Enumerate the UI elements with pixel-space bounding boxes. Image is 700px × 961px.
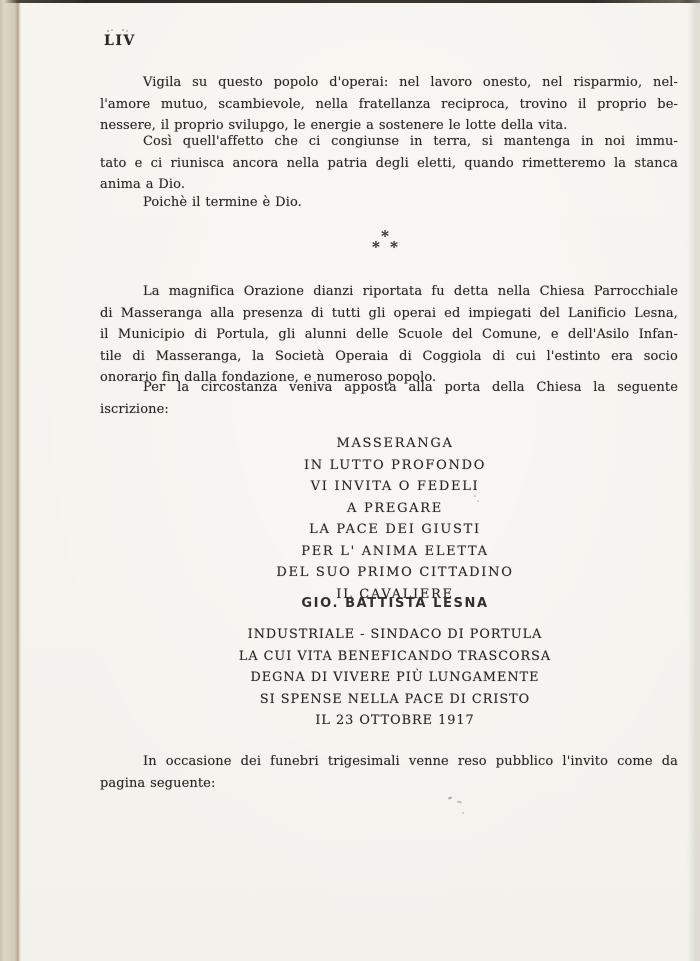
text-line: La magnifica Orazione dianzi riportata f… <box>100 281 678 303</box>
paragraph-circostanza: Per la circostanza veniva apposta alla p… <box>100 377 678 420</box>
inscription-line: A PREGARE <box>100 499 690 521</box>
epitaph-line: SI SPENSE NELLA PACE DI CRISTO <box>100 691 690 713</box>
ink-smudge <box>477 500 479 502</box>
text-line: il Municipio di Portula, gli alunni dell… <box>100 324 678 346</box>
scan-artifact-dot <box>126 30 128 32</box>
text-line: Così quell'affetto che ci congiunse in t… <box>100 131 678 153</box>
paragraph-cosi: Così quell'affetto che ci congiunse in t… <box>100 131 678 196</box>
epitaph-line: DEGNA DI VIVERE PIÙ LUNGAMENTE <box>100 669 690 691</box>
paragraph-poiche: Poichè il termine è Dio. <box>100 192 678 214</box>
inscription-line: MASSERANGA <box>100 434 690 456</box>
scan-edge-top <box>4 0 700 3</box>
epitaph-line: LA CUI VITA BENEFICANDO TRASCORSA <box>100 648 690 670</box>
church-inscription: MASSERANGA IN LUTTO PROFONDO VI INVITA O… <box>100 434 690 606</box>
inscription-line: PER L' ANIMA ELETTA <box>100 542 690 564</box>
inscription-line: IN LUTTO PROFONDO <box>100 456 690 478</box>
paragraph-vigila: Vigila su questo popolo d'operai: nel la… <box>100 72 678 137</box>
ink-smudge <box>462 812 464 814</box>
text-line: pagina seguente: <box>100 773 678 795</box>
paragraph-orazione: La magnifica Orazione dianzi riportata f… <box>100 281 678 389</box>
text-line: l'amore mutuo, scambievole, nella fratel… <box>100 94 678 116</box>
epitaph-block: INDUSTRIALE - SINDACO DI PORTULA LA CUI … <box>100 626 690 734</box>
text-line: tato e ci riunisca ancora nella patria d… <box>100 153 678 175</box>
asterism-bottom: * * <box>85 242 685 253</box>
inscription-line: VI INVITA O FEDELI <box>100 477 690 499</box>
scanned-book-page: LIV Vigila su questo popolo d'operai: ne… <box>0 0 700 961</box>
text-line: tile di Masseranga, la Società Operaia d… <box>100 346 678 368</box>
scan-artifact-dot <box>111 29 113 31</box>
book-edge-left <box>0 0 21 961</box>
deceased-name: GIO. BATTISTA LESNA <box>100 596 690 611</box>
inscription-line: DEL SUO PRIMO CITTADINO <box>100 563 690 585</box>
epitaph-line: IL 23 OTTOBRE 1917 <box>100 712 690 734</box>
page-number: LIV <box>104 33 136 49</box>
text-line: In occasione dei funebri trigesimali ven… <box>100 751 678 773</box>
scan-artifact-dot <box>122 29 124 31</box>
paragraph-trigesimali: In occasione dei funebri trigesimali ven… <box>100 751 678 794</box>
ink-smudge <box>457 801 462 804</box>
asterism-divider: * * * <box>85 231 685 253</box>
ink-smudge <box>448 796 452 799</box>
ink-smudge <box>474 495 476 497</box>
text-line: Poichè il termine è Dio. <box>100 192 678 214</box>
scan-artifact-dot <box>107 30 109 32</box>
text-line: Per la circostanza veniva apposta alla p… <box>100 377 678 399</box>
epitaph-line: INDUSTRIALE - SINDACO DI PORTULA <box>100 626 690 648</box>
text-line: Vigila su questo popolo d'operai: nel la… <box>100 72 678 94</box>
text-line: iscrizione: <box>100 399 678 421</box>
text-line: di Masseranga alla presenza di tutti gli… <box>100 303 678 325</box>
inscription-line: LA PACE DEI GIUSTI <box>100 520 690 542</box>
